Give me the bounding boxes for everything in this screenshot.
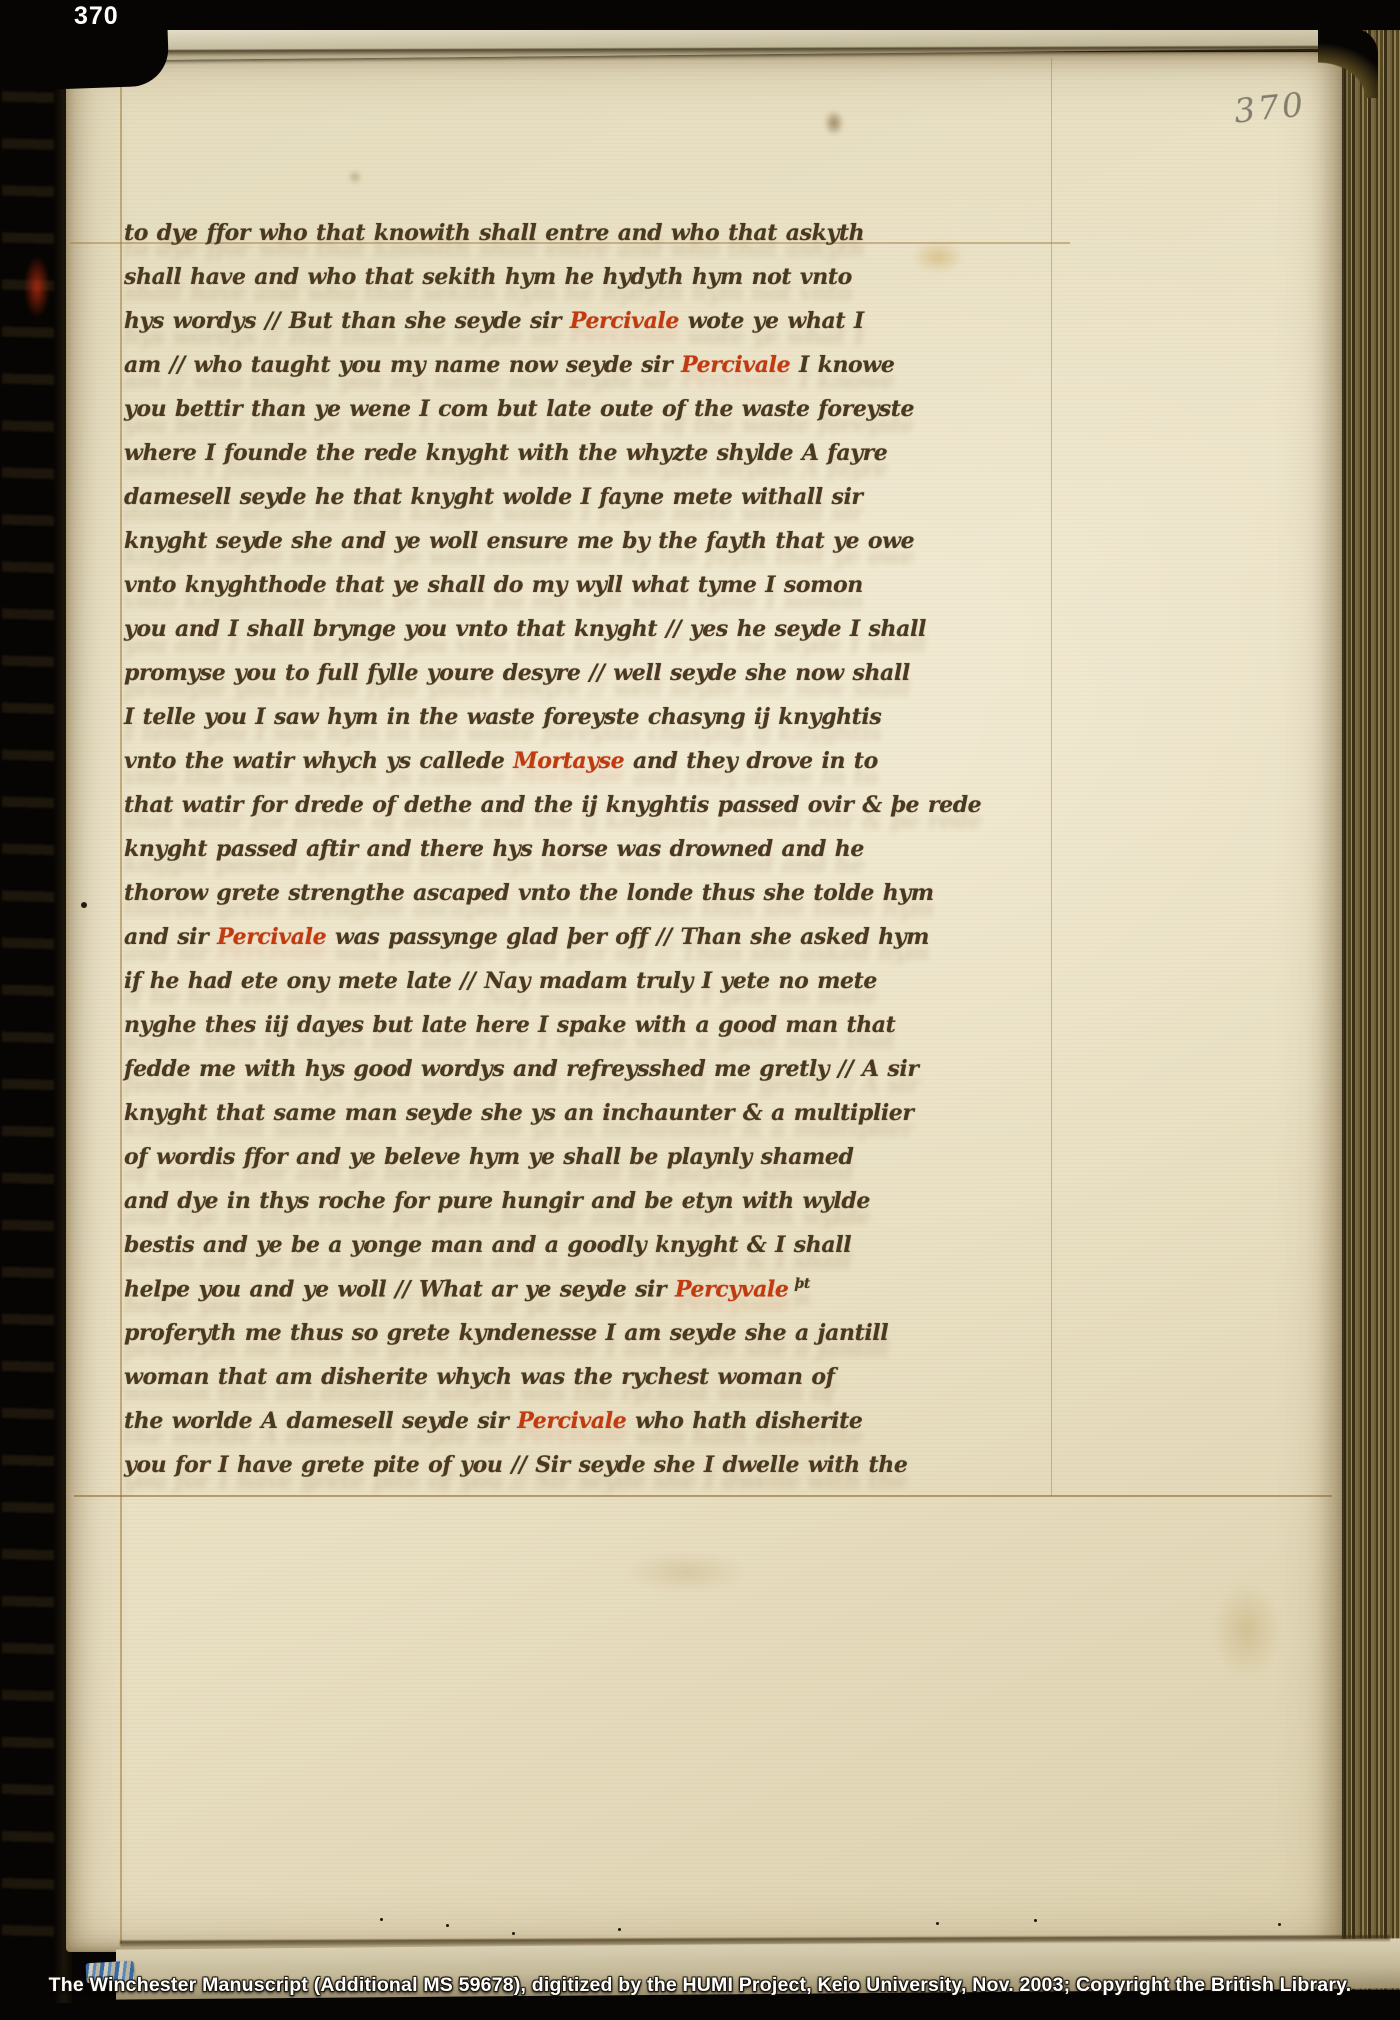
manuscript-text: nyghe thes iij dayes but late here I spa… xyxy=(124,1012,895,1038)
manuscript-text: knyght that same man seyde she ys an inc… xyxy=(124,1100,914,1126)
manuscript-text: am // who taught you my name now seyde s… xyxy=(124,352,681,378)
manuscript-text: wote ye what I xyxy=(679,308,864,334)
caption-text: The Winchester Manuscript (Additional MS… xyxy=(49,1974,1352,1996)
manuscript-line: you and I shall brynge you vnto that kny… xyxy=(124,616,846,660)
manuscript-line: vnto the watir whych ys callede Mortayse… xyxy=(124,748,846,792)
rubric-word: Percivale xyxy=(217,924,326,950)
manuscript-text-block: to dye ffor who that knowith shall entre… xyxy=(124,220,846,1496)
manuscript-text: vnto the watir whych ys callede xyxy=(124,748,513,774)
manuscript-line: vnto knyghthode that ye shall do my wyll… xyxy=(124,572,846,616)
manuscript-text: damesell seyde he that knyght wolde I fa… xyxy=(124,484,863,510)
manuscript-text: the worlde A damesell seyde sir xyxy=(124,1408,517,1434)
manuscript-line: damesell seyde he that knyght wolde I fa… xyxy=(124,484,846,528)
manuscript-line: thorow grete strengthe ascaped vnto the … xyxy=(124,880,846,924)
manuscript-text: fedde me with hys good wordys and refrey… xyxy=(124,1056,919,1082)
manuscript-line: promyse you to full fylle youre desyre /… xyxy=(124,660,846,704)
rubric-word: Percyvale xyxy=(675,1276,789,1302)
manuscript-text: þt xyxy=(788,1276,809,1292)
pencil-folio-number: 370 xyxy=(1232,84,1308,130)
ruling-vertical-right xyxy=(1051,58,1052,1496)
manuscript-text: where I founde the rede knyght with the … xyxy=(124,440,887,466)
manuscript-page: 370 to dye ffor who that knowith shall e… xyxy=(66,52,1344,1952)
manuscript-text: you for I have grete pite of you // Sir … xyxy=(124,1452,907,1478)
digitized-manuscript-photo: 370 to dye ffor who that knowith shall e… xyxy=(0,0,1400,2020)
folio-number-label: 370 xyxy=(74,2,119,31)
manuscript-line: and dye in thys roche for pure hungir an… xyxy=(124,1188,846,1232)
manuscript-text: hys wordys // But than she seyde sir xyxy=(124,308,570,334)
previous-page-rubric-mark xyxy=(24,256,50,318)
manuscript-text: and dye in thys roche for pure hungir an… xyxy=(124,1188,870,1214)
manuscript-line: you bettir than ye wene I com but late o… xyxy=(124,396,846,440)
manuscript-line: I telle you I saw hym in the waste forey… xyxy=(124,704,846,748)
manuscript-text: shall have and who that sekith hym he hy… xyxy=(124,264,852,290)
manuscript-text: and they drove in to xyxy=(624,748,878,774)
manuscript-text: proferyth me thus so grete kyndenesse I … xyxy=(124,1320,888,1346)
manuscript-text: if he had ete ony mete late // Nay madam… xyxy=(124,968,877,994)
manuscript-text: I telle you I saw hym in the waste forey… xyxy=(124,704,881,730)
manuscript-line: of wordis ffor and ye beleve hym ye shal… xyxy=(124,1144,846,1188)
manuscript-line: am // who taught you my name now seyde s… xyxy=(124,352,846,396)
caption-bar: The Winchester Manuscript (Additional MS… xyxy=(0,1974,1400,1997)
manuscript-text: woman that am disherite whych was the ry… xyxy=(124,1364,835,1390)
manuscript-text: knyght passed aftir and there hys horse … xyxy=(124,836,864,862)
rubric-word: Percivale xyxy=(570,308,679,334)
manuscript-text: promyse you to full fylle youre desyre /… xyxy=(124,660,910,686)
manuscript-text: to dye ffor who that knowith shall entre… xyxy=(124,220,864,246)
manuscript-line: knyght passed aftir and there hys horse … xyxy=(124,836,846,880)
manuscript-line: to dye ffor who that knowith shall entre… xyxy=(124,220,846,264)
ink-blot-stain xyxy=(824,110,844,136)
manuscript-line: shall have and who that sekith hym he hy… xyxy=(124,264,846,308)
manuscript-text: vnto knyghthode that ye shall do my wyll… xyxy=(124,572,863,598)
manuscript-text: you bettir than ye wene I com but late o… xyxy=(124,396,914,422)
manuscript-line: nyghe thes iij dayes but late here I spa… xyxy=(124,1012,846,1056)
rubric-word: Percivale xyxy=(681,352,790,378)
manuscript-line: and sir Percivale was passynge glad þer … xyxy=(124,924,846,968)
manuscript-line: fedde me with hys good wordys and refrey… xyxy=(124,1056,846,1100)
previous-page-ghost-text xyxy=(2,88,54,1948)
manuscript-text: knyght seyde she and ye woll ensure me b… xyxy=(124,528,914,554)
manuscript-line: knyght that same man seyde she ys an inc… xyxy=(124,1100,846,1144)
rubric-word: Mortayse xyxy=(513,748,624,774)
wormhole-dots xyxy=(380,1918,383,1921)
manuscript-line: if he had ete ony mete late // Nay madam… xyxy=(124,968,846,1012)
parchment-stain xyxy=(912,240,964,274)
manuscript-line: proferyth me thus so grete kyndenesse I … xyxy=(124,1320,846,1364)
manuscript-text: that watir for drede of dethe and the ij… xyxy=(124,792,981,818)
manuscript-text: thorow grete strengthe ascaped vnto the … xyxy=(124,880,934,906)
parchment-stain xyxy=(348,170,362,184)
book-fore-edge xyxy=(1342,26,1400,1990)
manuscript-line: the worlde A damesell seyde sir Percival… xyxy=(124,1408,846,1452)
margin-dot xyxy=(81,902,87,908)
parchment-stain xyxy=(626,1552,746,1592)
manuscript-text: and sir xyxy=(124,924,217,950)
manuscript-line: woman that am disherite whych was the ry… xyxy=(124,1364,846,1408)
manuscript-text: of wordis ffor and ye beleve hym ye shal… xyxy=(124,1144,854,1170)
manuscript-text: you and I shall brynge you vnto that kny… xyxy=(124,616,926,642)
rubric-word: Percivale xyxy=(517,1408,626,1434)
manuscript-text: bestis and ye be a yonge man and a goodl… xyxy=(124,1232,851,1258)
manuscript-line: hys wordys // But than she seyde sir Per… xyxy=(124,308,846,352)
ruling-vertical-left xyxy=(120,64,122,1944)
manuscript-text: who hath disherite xyxy=(626,1408,862,1434)
manuscript-text: helpe you and ye woll // What ar ye seyd… xyxy=(124,1276,675,1302)
manuscript-line: where I founde the rede knyght with the … xyxy=(124,440,846,484)
manuscript-text: was passynge glad þer off // Than she as… xyxy=(326,924,929,950)
photo-background-top xyxy=(0,0,1400,30)
manuscript-line: that watir for drede of dethe and the ij… xyxy=(124,792,846,836)
fore-edge-corner xyxy=(1318,28,1378,98)
manuscript-line: bestis and ye be a yonge man and a goodl… xyxy=(124,1232,846,1276)
manuscript-line: knyght seyde she and ye woll ensure me b… xyxy=(124,528,846,572)
manuscript-line: helpe you and ye woll // What ar ye seyd… xyxy=(124,1276,846,1320)
parchment-stain xyxy=(1212,1582,1282,1678)
manuscript-line: you for I have grete pite of you // Sir … xyxy=(124,1452,846,1496)
manuscript-text: I knowe xyxy=(790,352,894,378)
